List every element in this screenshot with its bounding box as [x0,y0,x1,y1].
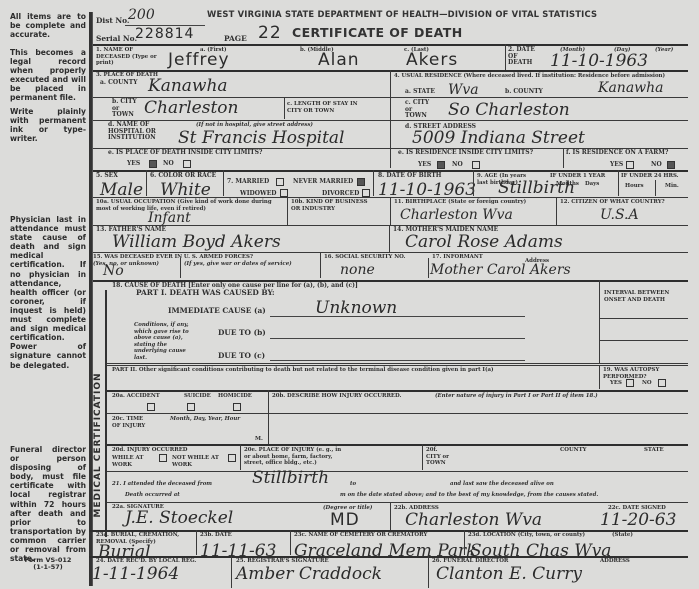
autopsy-no-label: NO [642,380,652,387]
armed-forces-value: No [103,263,124,279]
birthplace-value: Charleston Wva [400,207,513,223]
res-state-value: Wva [448,82,479,98]
rule [107,471,688,472]
divider [618,170,619,196]
residence-label: 4. USUAL RESIDENCE (Where deceased lived… [394,73,694,80]
ssn-label: 16. SOCIAL SECURITY NO. [324,254,405,261]
signature-value: J.E. Stoeckel [125,508,233,528]
divider [320,252,321,278]
instruction-legal-record: This becomes a legal record when properl… [10,48,86,103]
rule [599,340,688,341]
rule [107,363,688,364]
hospital-label: d. NAME OF HOSPITAL OR INSTITUTION [108,122,180,142]
suicide-label: SUICIDE [184,393,211,400]
rule [93,120,688,121]
injury-occurred-label: 20d. INJURY OCCURRED [112,447,187,454]
homicide-label: HOMICIDE [218,393,252,400]
conditions-note: Conditions, if any, which gave rise to a… [134,322,194,362]
ssn-value: none [340,262,375,278]
degree-value: MD [330,510,360,530]
accident-checkbox[interactable] [147,403,155,411]
date-of-death-label: 2. DATE OF DEATH [508,47,540,67]
immediate-cause-value: Unknown [315,298,397,318]
date-signed-value: 11-20-63 [600,510,676,530]
birthplace-label: 11. BIRTHPLACE (State or foreign country… [394,199,526,206]
location-state-label: (State) [612,532,633,539]
armed-forces-sub2: (If yes, give war or dates of service) [184,261,292,268]
death-certificate: All items are to be complete and accurat… [0,0,699,589]
street-value: 5009 Indiana Street [412,128,585,148]
res-city-label: c. CITY or TOWN [405,100,435,120]
farm-label: f. IS RESIDENCE ON A FARM? [566,150,668,157]
time-of-injury-label: 20c. TIME OF INJURY [112,416,152,429]
divider [284,97,285,119]
agency-header: WEST VIRGINIA STATE DEPARTMENT OF HEALTH… [207,9,597,19]
injury-city-label: 20f. CITY or TOWN [426,447,450,467]
occupation-label: 10a. USUAL OCCUPATION (Give kind of work… [96,199,286,212]
immediate-cause-line [270,316,525,317]
first-name-value: Jeffrey [168,50,230,70]
married-checkbox[interactable] [276,178,284,186]
city-value: Charleston [144,98,238,118]
divider [290,530,291,555]
serial-no-value: 228814 [135,26,194,42]
divider [223,170,224,196]
married-label: 7. MARRIED [227,179,269,186]
name-label: 1. NAME OF DECEASED (Type or print) [96,47,166,67]
to-label: to [350,481,356,488]
county-value: Kanawha [148,76,228,96]
not-while-at-work-checkbox[interactable] [228,454,236,462]
not-while-at-work-label: NOT WHILE AT WORK [172,455,228,468]
informant-value: Mother Carol Akers [430,262,571,278]
burial-date-label: 23b. DATE [200,532,232,539]
time-of-injury-sub: Month, Day, Year, Hour [170,416,240,423]
rule [107,413,688,414]
citizen-label: 12. CITIZEN OF WHAT COUNTRY? [560,199,665,206]
farm-yes-label: YES [610,162,623,169]
due-to-b-line [270,338,525,339]
months-label: Months [556,181,579,188]
form-number: Form VS-012 (1-1-57) [18,557,78,571]
farm-no-checkbox[interactable] [667,161,675,169]
divider [464,530,465,555]
immediate-cause-label: IMMEDIATE CAUSE (a) [168,308,266,315]
rule [107,390,688,392]
form-date-text: (1-1-57) [18,564,78,571]
injury-state-label: STATE [644,447,664,454]
describe-injury-note: (Enter nature of injury in Part I or Par… [435,393,598,400]
length-of-stay-label: c. LENGTH OF STAY IN CITY OR TOWN [287,101,367,114]
occupation-value: Infant [148,210,191,226]
due-to-c-line [270,360,525,361]
never-married-checkbox[interactable] [357,178,365,186]
under-1-year-label: IF UNDER 1 YEAR [550,173,605,180]
death-occurred-label: Death occurred at [125,492,180,499]
funeral-address-label: ADDRESS [600,558,630,565]
dist-no-label: Dist No. [96,18,130,25]
divider [373,170,374,196]
registrar-value: Amber Craddock [236,564,382,584]
hospital-value: St Francis Hospital [178,128,344,148]
place-of-injury-label: 20e. PLACE OF INJURY (e. g., in or about… [244,447,344,467]
death-occurred-note: m on the date stated above; and to the b… [340,492,598,499]
divider [428,258,429,278]
inside-city-yes-label: YES [127,161,140,168]
divider [146,170,147,196]
county-label: a. COUNTY [100,80,138,87]
divider [563,148,564,168]
armed-forces-label: 15. WAS DECEASED EVER IN U. S. ARMED FOR… [93,254,253,261]
mother-value: Carol Rose Adams [405,232,563,252]
meridiem-label: M. [255,436,263,443]
res-inside-city-label: e. IS RESIDENCE INSIDE CITY LIMITS? [398,150,533,157]
divider [390,197,391,225]
page-label: PAGE [224,36,247,43]
rule [93,225,688,226]
autopsy-label: 19. WAS AUTOPSY PERFORMED? [603,367,683,380]
homicide-checkbox[interactable] [233,403,241,411]
medical-certification-label: MEDICAL CERTIFICATION [88,360,108,530]
divider [390,70,391,168]
days-label: Days [585,181,599,188]
cemetery-label: 23c. NAME OF CEMETERY OR CREMATORY [294,532,427,539]
divider [240,444,241,470]
res-state-label: a. STATE [405,89,435,96]
describe-injury-label: 20b. DESCRIBE HOW INJURY OCCURRED. [272,393,401,400]
instruction-complete: All items are to be complete and accurat… [10,12,86,39]
divider [599,280,600,364]
divider [422,444,423,470]
business-label: 10b. KIND OF BUSINESS OR INDUSTRY [291,199,371,212]
attended-label: 21. I attended the deceased from [112,481,212,488]
autopsy-yes-label: YES [610,380,622,387]
instruction-physician: Physician last in attendance must state … [10,215,86,370]
res-inside-city-no-checkbox[interactable] [472,161,480,169]
attended-value: Stillbirth [252,468,329,488]
farm-no-label: NO [651,162,662,169]
serial-no-label: Serial No. [96,36,137,43]
citizen-value: U.S.A [600,207,639,223]
location-label: 23d. LOCATION (City, town, or county) [468,532,585,539]
min-label: Min. [665,183,679,190]
inside-city-label: e. IS PLACE OF DEATH INSIDE CITY LIMITS? [108,150,262,157]
res-inside-city-yes-checkbox[interactable] [437,161,445,169]
rule [107,444,688,446]
rule [107,502,688,503]
medical-certification-text: MEDICAL CERTIFICATION [93,372,103,517]
divider [655,180,656,196]
city-label: b. CITY or TOWN [112,99,142,119]
inside-city-no-label: NO [163,161,174,168]
divider [505,44,506,70]
last-saw-label: and last saw the deceased alive on [450,481,554,488]
sex-label: 5. SEX [96,173,118,180]
date-of-death-value: 11-10-1963 [550,51,648,71]
farm-yes-checkbox[interactable] [626,161,634,169]
part1-label: PART I. DEATH WAS CAUSED BY: [136,290,275,297]
dob-label: 8. DATE OF BIRTH [378,173,441,180]
inside-city-no-checkbox[interactable] [183,160,191,168]
accident-label: 20a. ACCIDENT [112,393,160,400]
divorced-checkbox[interactable] [362,189,370,197]
suicide-checkbox[interactable] [187,403,195,411]
divider [196,530,197,555]
divider [473,170,474,196]
res-city-value: So Charleston [448,100,570,120]
divider [428,556,429,588]
divider [599,365,600,389]
inside-city-yes-checkbox[interactable] [149,160,157,168]
instruction-write-plainly: Write plainly with permanent ink or type… [10,107,86,143]
divider [231,556,232,588]
res-county-value: Kanawha [598,80,664,96]
res-inside-city-no-label: NO [452,162,463,169]
widowed-checkbox[interactable] [280,189,288,197]
interval-label: INTERVAL BETWEEN ONSET AND DEATH [604,290,684,303]
under-24-hrs-label: IF UNDER 24 HRS. [621,173,679,180]
father-value: William Boyd Akers [112,232,281,252]
race-label: 6. COLOR OR RACE [150,173,216,180]
middle-name-value: Alan [318,50,360,70]
while-at-work-label: WHILE AT WORK [112,455,152,468]
hours-label: Hours [625,183,643,190]
rule [93,44,688,46]
informant-label: 17. INFORMANT [432,254,483,261]
date-recd-value: 1-11-1964 [92,564,179,584]
while-at-work-checkbox[interactable] [159,454,167,462]
certificate-title: CERTIFICATE OF DEATH [292,25,463,40]
autopsy-no-checkbox[interactable] [658,379,666,387]
res-county-label: b. COUNTY [505,89,543,96]
instruction-funeral-director: Funeral director or person disposing of … [10,445,86,563]
rule [93,252,688,253]
dist-no-value: 200 [128,7,155,23]
injury-county-label: COUNTY [560,447,586,454]
rule [107,365,688,366]
divider [556,197,557,225]
divider [268,390,269,444]
page-value: 22 [258,23,282,43]
funeral-director-value: Clanton E. Curry [436,564,582,584]
year-label: (Year) [655,47,673,54]
rule [599,318,688,319]
res-inside-city-yes-label: YES [418,162,431,169]
divider [287,197,288,225]
due-to-c-label: DUE TO (c) [218,353,265,360]
divider [180,258,181,278]
divider [390,502,391,530]
due-to-b-label: DUE TO (b) [218,330,266,337]
part2-label: PART II. Other significant conditions co… [112,367,494,374]
never-married-label: NEVER MARRIED [293,179,353,186]
sig-address-value: Charleston Wva [405,510,542,530]
divider [389,225,390,252]
last-name-value: Akers [406,50,458,70]
autopsy-yes-checkbox[interactable] [626,379,634,387]
